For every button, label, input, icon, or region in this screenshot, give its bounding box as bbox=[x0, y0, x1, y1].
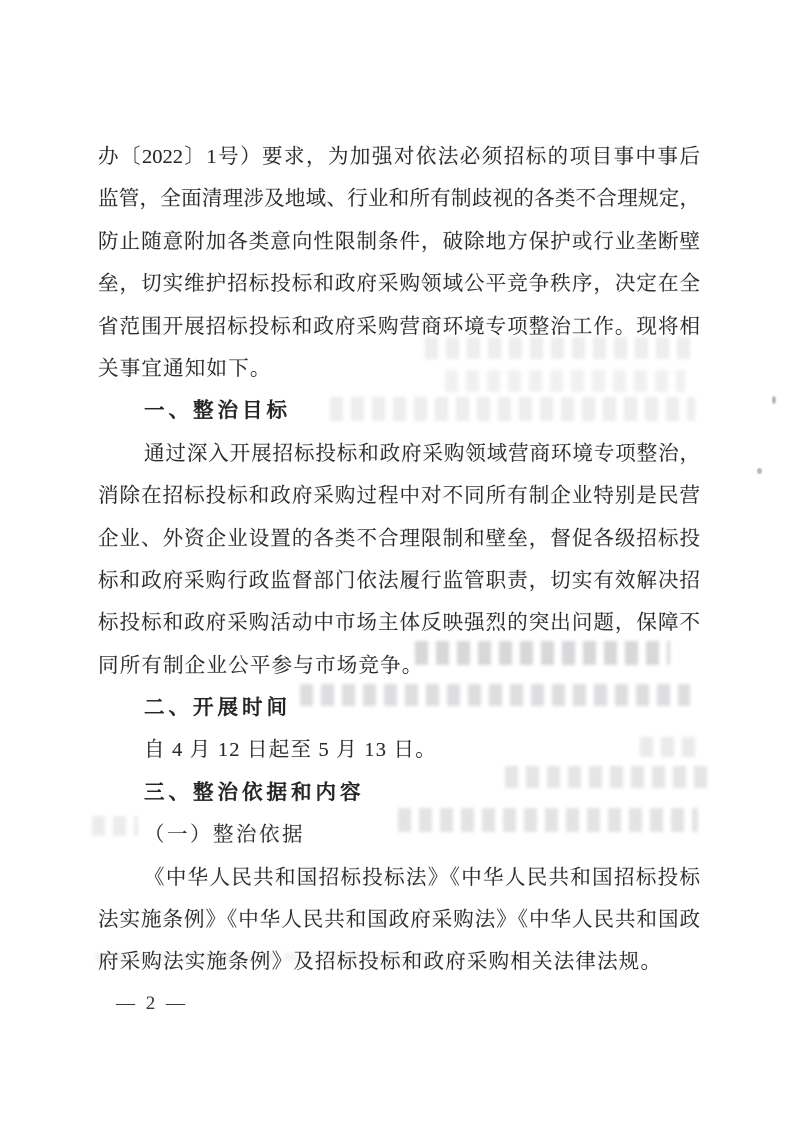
paragraph-line: 标和政府采购行政监督部门依法履行监管职责，切实有效解决招 bbox=[98, 560, 700, 602]
paragraph-line: 防止随意附加各类意向性限制条件，破除地方保护或行业垄断壁 bbox=[98, 221, 700, 263]
paragraph-line: 企业、外资企业设置的各类不合理限制和壁垒，督促各级招标投 bbox=[98, 518, 700, 560]
section-2-heading: 二、开展时间 bbox=[98, 687, 700, 729]
paragraph-line: 标投标和政府采购活动中市场主体反映强烈的突出问题，保障不 bbox=[98, 602, 700, 644]
paragraph-line: 办〔2022〕1号）要求，为加强对依法必须招标的项目事中事后 bbox=[98, 136, 700, 178]
document-page: 办〔2022〕1号）要求，为加强对依法必须招标的项目事中事后 监管，全面清理涉及… bbox=[0, 0, 793, 1121]
scan-speck bbox=[757, 468, 762, 474]
paragraph-line: 法实施条例》《中华人民共和国政府采购法》《中华人民共和国政 bbox=[98, 899, 700, 941]
page-number: — 2 — bbox=[116, 993, 188, 1015]
paragraph-line: 《中华人民共和国招标投标法》《中华人民共和国招标投标 bbox=[98, 857, 700, 899]
paragraph-line: 自 4 月 12 日起至 5 月 13 日。 bbox=[98, 729, 700, 771]
paragraph-line: 消除在招标投标和政府采购过程中对不同所有制企业特别是民营 bbox=[98, 475, 700, 517]
paragraph-line: 垒，切实维护招标投标和政府采购领域公平竞争秩序，决定在全 bbox=[98, 263, 700, 305]
body-text: 办〔2022〕1号）要求，为加强对依法必须招标的项目事中事后 监管，全面清理涉及… bbox=[98, 136, 700, 984]
section-3-heading: 三、整治依据和内容 bbox=[98, 772, 700, 814]
paragraph-line: 府采购法实施条例》及招标投标和政府采购相关法律法规。 bbox=[98, 941, 700, 983]
paragraph-line: 监管，全面清理涉及地域、行业和所有制歧视的各类不合理规定， bbox=[98, 178, 700, 220]
subsection-heading: （一）整治依据 bbox=[98, 814, 700, 856]
paragraph-line: 同所有制企业公平参与市场竞争。 bbox=[98, 645, 700, 687]
scan-speck bbox=[772, 396, 776, 404]
paragraph-line: 关事宜通知如下。 bbox=[98, 348, 700, 390]
paragraph-line: 通过深入开展招标投标和政府采购领域营商环境专项整治， bbox=[98, 433, 700, 475]
section-1-heading: 一、整治目标 bbox=[98, 390, 700, 432]
paragraph-line: 省范围开展招标投标和政府采购营商环境专项整治工作。现将相 bbox=[98, 306, 700, 348]
